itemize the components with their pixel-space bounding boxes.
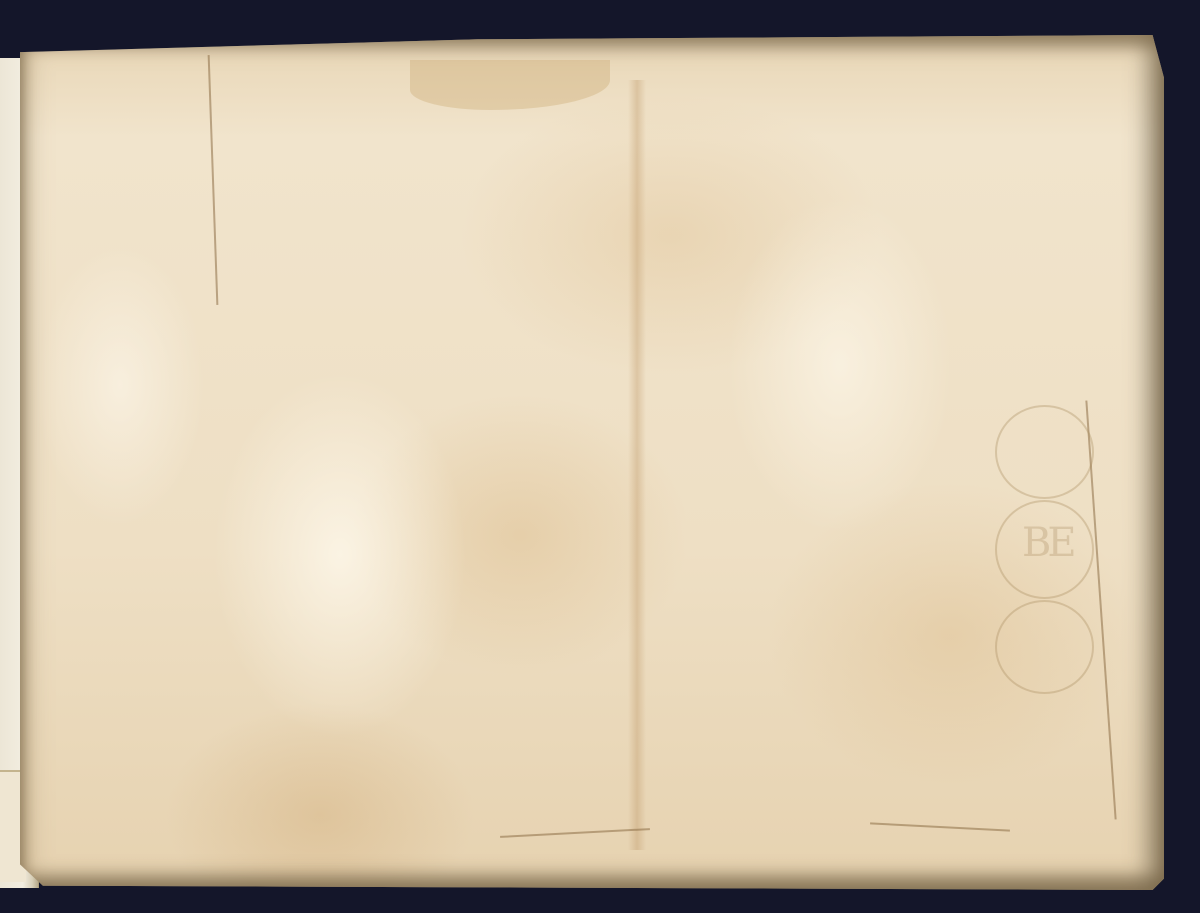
watermark-circle-bottom bbox=[995, 600, 1094, 694]
watermark-letters: BE bbox=[1022, 520, 1073, 566]
watermark-circle-top bbox=[995, 405, 1094, 499]
paper-sheet bbox=[20, 35, 1164, 890]
center-fold bbox=[628, 80, 646, 850]
